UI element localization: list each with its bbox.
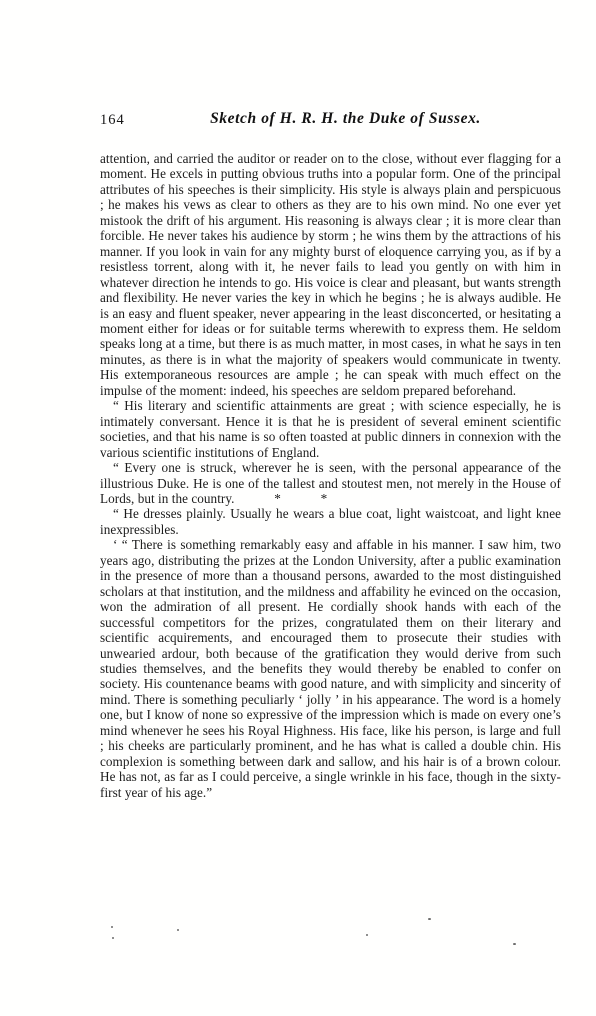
paragraph-quote-manner: ‘ “ There is something remarkably easy a…	[100, 537, 561, 800]
paragraph-continuation: attention, and carried the auditor or re…	[100, 151, 561, 398]
page-header: 164 Sketch of H. R. H. the Duke of Susse…	[100, 110, 561, 132]
scan-speck	[366, 934, 368, 936]
running-title: Sketch of H. R. H. the Duke of Sussex.	[100, 110, 561, 128]
scan-speck	[428, 918, 431, 920]
paragraph-quote-attainments: “ His literary and scientific attainment…	[100, 398, 561, 460]
scan-speck	[177, 929, 179, 931]
paragraph-quote-appearance: “ Every one is struck, wherever he is se…	[100, 460, 561, 506]
scan-speck	[513, 943, 516, 945]
scan-speck	[111, 926, 113, 928]
paragraph-quote-dress: “ He dresses plainly. Usually he wears a…	[100, 506, 561, 537]
book-page: 164 Sketch of H. R. H. the Duke of Susse…	[0, 0, 596, 1016]
page-number: 164	[100, 112, 125, 129]
page-body: attention, and carried the auditor or re…	[100, 151, 561, 800]
scan-speck	[112, 937, 114, 939]
